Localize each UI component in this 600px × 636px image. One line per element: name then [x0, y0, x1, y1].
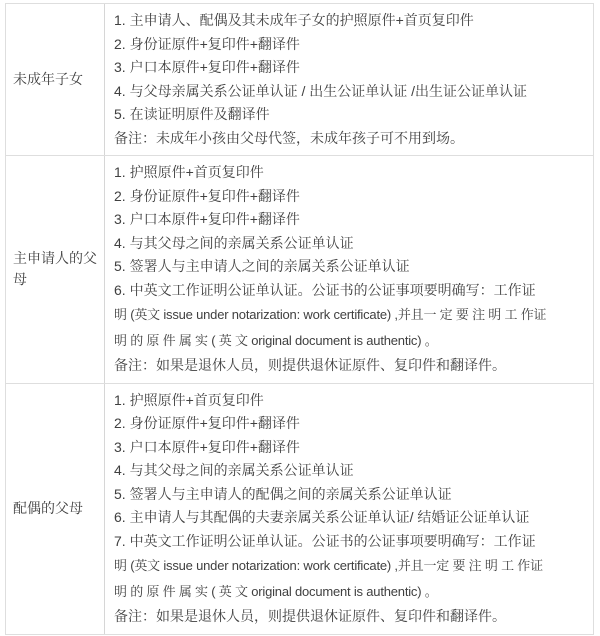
- requirement-line: 4. 与其父母之间的亲属关系公证单认证: [114, 232, 585, 256]
- visa-document-requirements-table: 未成年子女1. 主申请人、配偶及其未成年子女的护照原件+首页复印件2. 身份证原…: [5, 3, 594, 635]
- requirement-line: 明 (英文 issue under notarization: work cer…: [114, 302, 585, 328]
- row-header-cell: 主申请人的父母: [6, 156, 105, 383]
- requirement-line: 3. 户口本原件+复印件+翻译件: [114, 56, 585, 80]
- note-line: 备注：如果是退休人员，则提供退休证原件、复印件和翻译件。: [114, 605, 585, 629]
- row-header-label: 主申请人的父母: [13, 248, 97, 290]
- requirement-line: 明 的 原 件 属 实 ( 英 文 original document is a…: [114, 328, 585, 354]
- requirement-line: 3. 户口本原件+复印件+翻译件: [114, 436, 585, 460]
- requirement-line: 6. 中英文工作证明公证单认证。公证书的公证事项要明确写：工作证: [114, 279, 585, 303]
- requirement-line: 2. 身份证原件+复印件+翻译件: [114, 185, 585, 209]
- requirement-line: 3. 户口本原件+复印件+翻译件: [114, 208, 585, 232]
- requirement-line: 明 的 原 件 属 实 ( 英 文 original document is a…: [114, 579, 585, 605]
- requirement-line: 6. 主申请人与其配偶的夫妻亲属关系公证单认证/ 结婚证公证单认证: [114, 506, 585, 530]
- row-content-cell: 1. 主申请人、配偶及其未成年子女的护照原件+首页复印件2. 身份证原件+复印件…: [105, 4, 593, 155]
- requirement-line: 1. 护照原件+首页复印件: [114, 161, 585, 185]
- requirement-line: 明 (英文 issue under notarization: work cer…: [114, 553, 585, 579]
- document-page: 未成年子女1. 主申请人、配偶及其未成年子女的护照原件+首页复印件2. 身份证原…: [0, 0, 600, 636]
- row-header-cell: 未成年子女: [6, 4, 105, 155]
- requirement-line: 1. 护照原件+首页复印件: [114, 389, 585, 413]
- requirement-line: 4. 与父母亲属关系公证单认证 / 出生公证单认证 /出生证公证单认证: [114, 80, 585, 104]
- row-content-cell: 1. 护照原件+首页复印件2. 身份证原件+复印件+翻译件3. 户口本原件+复印…: [105, 156, 593, 383]
- note-line: 备注：未成年小孩由父母代签，未成年孩子可不用到场。: [114, 127, 585, 151]
- row-content-cell: 1. 护照原件+首页复印件2. 身份证原件+复印件+翻译件3. 户口本原件+复印…: [105, 384, 593, 634]
- row-header-label: 配偶的父母: [13, 498, 83, 519]
- row-header-cell: 配偶的父母: [6, 384, 105, 634]
- requirement-line: 5. 签署人与主申请人的配偶之间的亲属关系公证单认证: [114, 483, 585, 507]
- requirement-line: 7. 中英文工作证明公证单认证。公证书的公证事项要明确写：工作证: [114, 530, 585, 554]
- table-row: 配偶的父母1. 护照原件+首页复印件2. 身份证原件+复印件+翻译件3. 户口本…: [6, 384, 593, 634]
- note-line: 备注：如果是退休人员，则提供退休证原件、复印件和翻译件。: [114, 354, 585, 378]
- requirement-line: 2. 身份证原件+复印件+翻译件: [114, 33, 585, 57]
- table-row: 主申请人的父母1. 护照原件+首页复印件2. 身份证原件+复印件+翻译件3. 户…: [6, 156, 593, 384]
- requirement-line: 5. 在读证明原件及翻译件: [114, 103, 585, 127]
- row-header-label: 未成年子女: [13, 69, 83, 90]
- table-row: 未成年子女1. 主申请人、配偶及其未成年子女的护照原件+首页复印件2. 身份证原…: [6, 4, 593, 156]
- requirement-line: 1. 主申请人、配偶及其未成年子女的护照原件+首页复印件: [114, 9, 585, 33]
- requirement-line: 4. 与其父母之间的亲属关系公证单认证: [114, 459, 585, 483]
- requirement-line: 5. 签署人与主申请人之间的亲属关系公证单认证: [114, 255, 585, 279]
- requirement-line: 2. 身份证原件+复印件+翻译件: [114, 412, 585, 436]
